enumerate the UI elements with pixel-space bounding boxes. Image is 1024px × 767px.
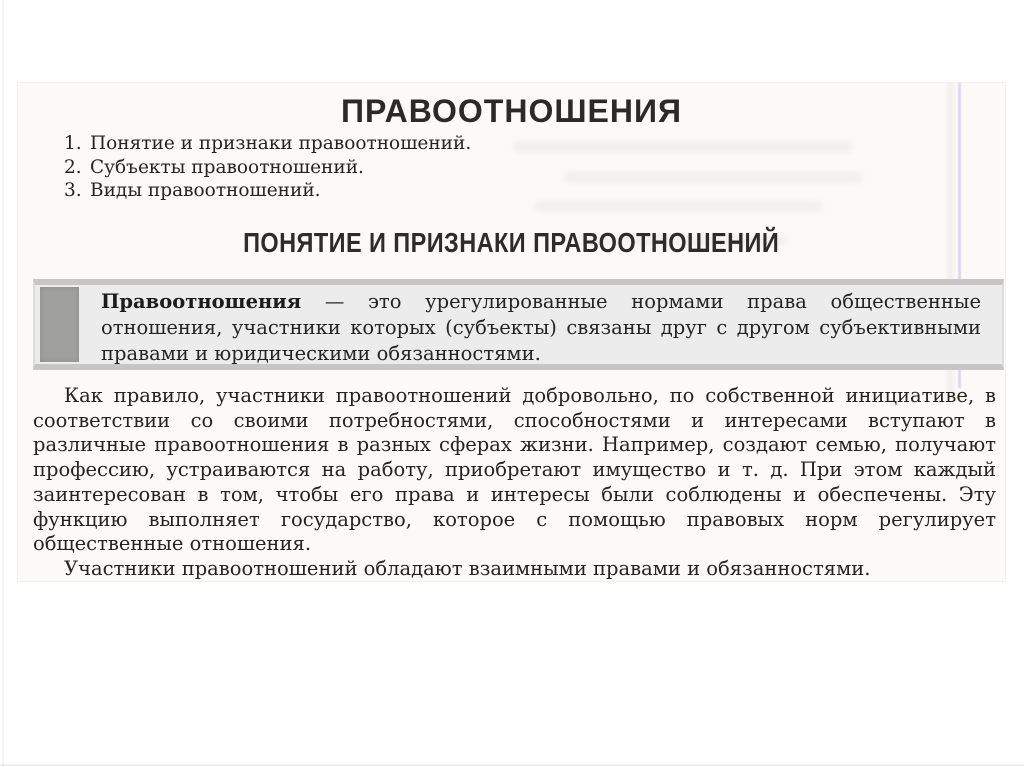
bleed-smudge [513, 141, 853, 153]
definition-text: Правоотношения — это урегулированные нор… [101, 289, 981, 367]
toc-item-number: 1. [64, 132, 90, 156]
slide-edge-bottom [0, 764, 1024, 766]
definition-term: Правоотношения [101, 290, 301, 313]
definition-marker [40, 287, 79, 362]
slide: ПРАВООТНОШЕНИЯ 1.Понятие и признаки прав… [0, 0, 1024, 767]
body-text: Как правило, участники правоотношений до… [33, 384, 996, 582]
toc-item-label: Субъекты правоотношений. [90, 157, 364, 178]
slide-edge-left [2, 0, 4, 767]
toc-item-label: Понятие и признаки правоотношений. [90, 133, 471, 154]
toc-item-2: 2.Субъекты правоотношений. [64, 156, 471, 180]
paragraph: Участники правоотношений обладают взаимн… [33, 557, 996, 582]
toc-item-3: 3.Виды правоотношений. [64, 179, 471, 203]
page-title: ПРАВООТНОШЕНИЯ [18, 93, 1005, 130]
section-heading-text: ПОНЯТИЕ И ПРИЗНАКИ ПРАВООТНОШЕНИЙ [243, 227, 779, 259]
scanned-page: ПРАВООТНОШЕНИЯ 1.Понятие и признаки прав… [17, 82, 1006, 582]
toc-list: 1.Понятие и признаки правоотношений. 2.С… [64, 132, 471, 203]
toc-item-label: Виды правоотношений. [90, 180, 321, 201]
bleed-smudge [533, 201, 823, 212]
toc-item-number: 2. [64, 156, 90, 180]
paragraph: Как правило, участники правоотношений до… [33, 384, 996, 557]
toc-item-1: 1.Понятие и признаки правоотношений. [64, 132, 471, 156]
toc-item-number: 3. [64, 179, 90, 203]
bleed-smudge [563, 171, 863, 183]
definition-box: Правоотношения — это урегулированные нор… [33, 279, 1004, 370]
section-heading: ПОНЯТИЕ И ПРИЗНАКИ ПРАВООТНОШЕНИЙ [18, 227, 1005, 259]
